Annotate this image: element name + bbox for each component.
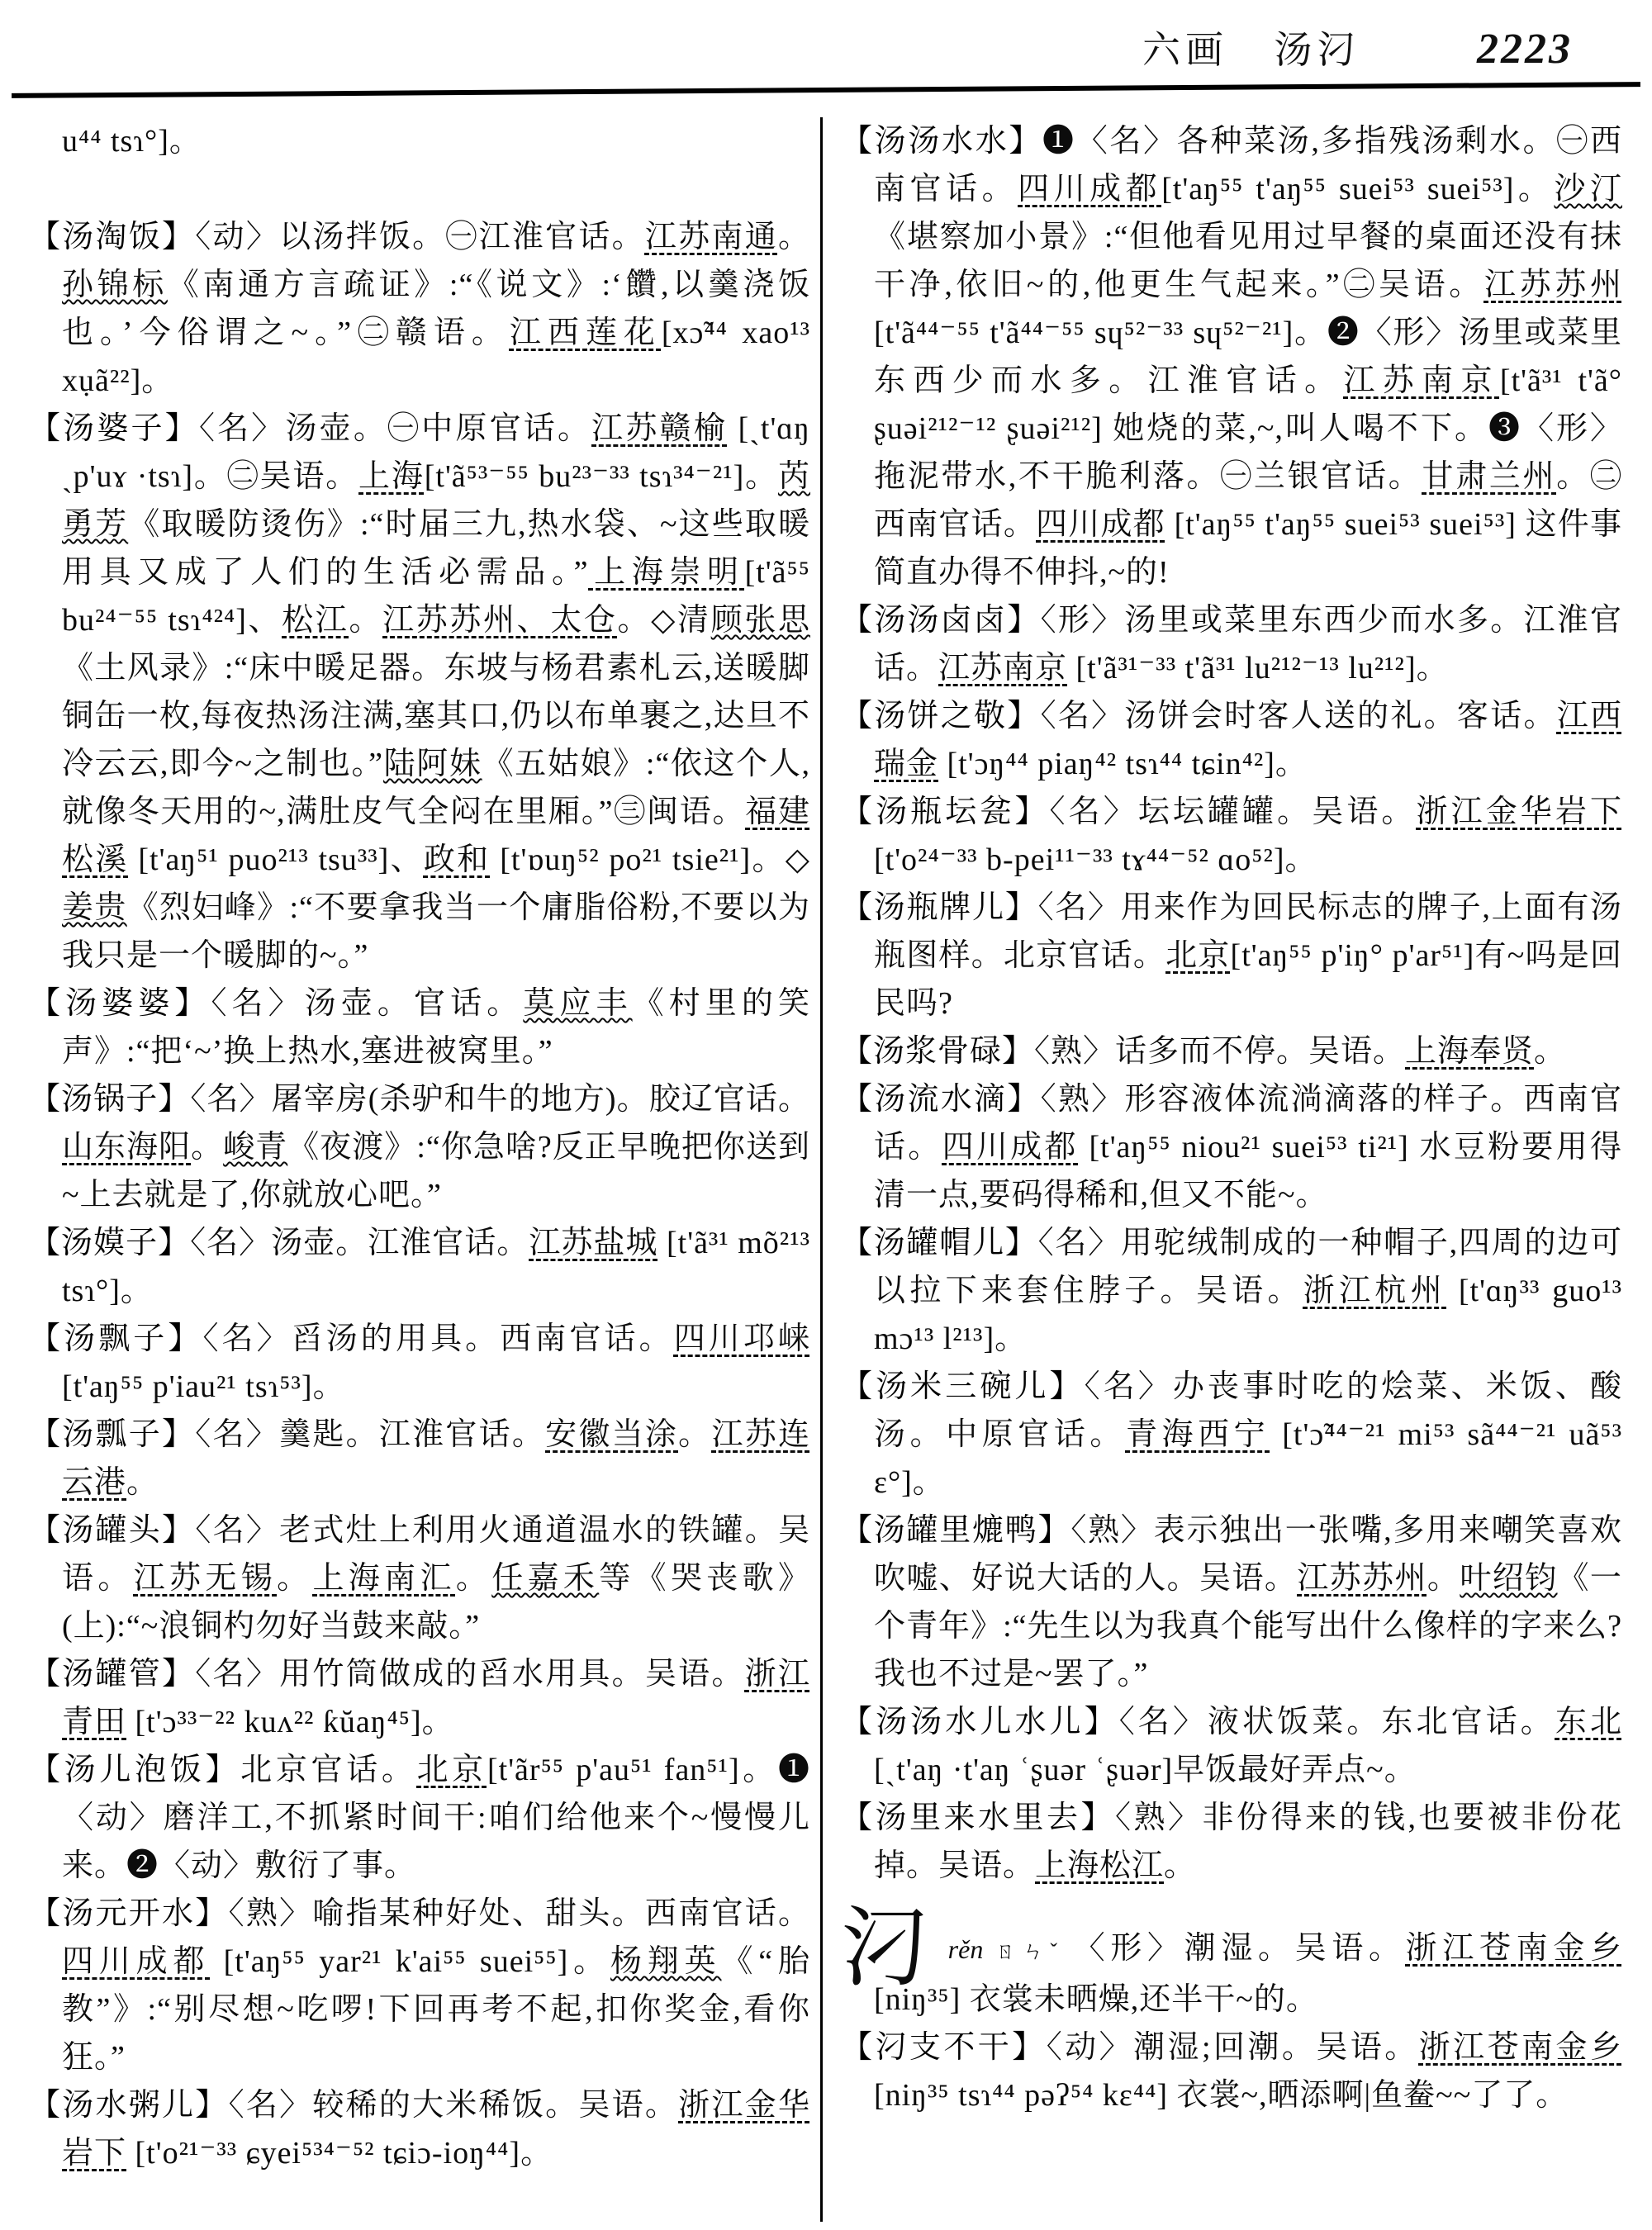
person-name: 孙锦标 [62, 268, 168, 302]
person-name: 莫应丰 [523, 986, 632, 1021]
place-name: 浙江苍南金乡 [1406, 1931, 1622, 1966]
head-character-entry: 汈rěnㄖㄣˇ〈形〉潮湿。吴语。浙江苍南金乡 [niŋ³⁵] 衣裳未晒燥,还半干… [841, 1924, 1622, 2024]
entry-headword: 【汤婆婆】 [29, 986, 211, 1021]
entry-headword: 【汤水粥儿】 [29, 2088, 229, 2123]
place-name: 安徽当涂 [545, 1417, 678, 1452]
dict-entry: 【汤罐里熝鸭】〈熟〉表示独出一张嘴,多用来嘲笑喜欢吹嘘、好说大话的人。吴语。江苏… [841, 1506, 1622, 1698]
column-divider [820, 117, 823, 2222]
place-name: 江苏南京 [938, 651, 1067, 686]
dict-entry: 【汤飘子】〈名〉舀汤的用具。西南官话。四川邛崃 [t'aŋ⁵⁵ p'iau²¹ … [29, 1315, 810, 1411]
dict-entry: 【汤淘饭】〈动〉以汤拌饭。㊀江淮官话。江苏南通。孙锦标《南通方言疏证》:“《说文… [29, 213, 810, 405]
place-name: 上海奉贤 [1405, 1034, 1534, 1069]
place-name: 政和 [424, 842, 491, 877]
dict-entry: 【汤元开水】〈熟〉喻指某种好处、甜头。西南官话。四川成都 [t'aŋ⁵⁵ yar… [29, 1890, 810, 2081]
continuation-fragment: u⁴⁴ tsɿ°]。 [29, 117, 810, 165]
person-name: 叶绍钧 [1460, 1561, 1557, 1596]
place-name: 上海崇明 [588, 555, 744, 590]
entry-headword: 【汤瓶牌儿】 [841, 890, 1038, 925]
entry-headword: 【汤罐里熝鸭】 [841, 1513, 1070, 1548]
dict-entry: 【汤米三碗儿】〈名〉办丧事时吃的烩菜、米饭、酸汤。中原官话。青海西宁 [t'ɔ̃… [841, 1363, 1622, 1506]
entry-headword: 【汤里来水里去】 [841, 1801, 1115, 1835]
text-columns: u⁴⁴ tsɿ°]。【汤淘饭】〈动〉以汤拌饭。㊀江淮官话。江苏南通。孙锦标《南通… [29, 117, 1635, 2222]
person-name: 任嘉禾 [491, 1561, 599, 1596]
entry-headword: 【汤汤水水】 [841, 124, 1042, 159]
dict-entry: 【汤水粥儿】〈名〉较稀的大米稀饭。吴语。浙江金华岩下 [t'o²¹⁻³³ ɕye… [29, 2081, 810, 2177]
place-name: 上海南汇 [312, 1561, 455, 1596]
place-name: 上海松江 [1035, 1848, 1164, 1883]
dict-entry: 【汈支不干】〈动〉潮湿;回潮。吴语。浙江苍南金乡 [niŋ³⁵ tsɿ⁴⁴ pə… [841, 2024, 1622, 2119]
entry-headword: 【汤锅子】 [29, 1082, 190, 1117]
person-name: 峻青 [223, 1130, 287, 1165]
place-name: 东北 [1555, 1705, 1622, 1739]
dict-entry: 【汤瓢子】〈名〉羹匙。江淮官话。安徽当涂。江苏连云港。 [29, 1411, 810, 1506]
place-name: 江苏苏州、太仓 [382, 603, 617, 638]
person-name: 芮勇芳 [62, 459, 810, 542]
dict-entry: 【汤流水滴】〈熟〉形容液体流淌滴落的样子。西南官话。四川成都 [t'aŋ⁵⁵ n… [841, 1075, 1622, 1219]
place-name: 北京 [1165, 938, 1230, 973]
place-name: 江苏盐城 [529, 1226, 657, 1260]
entry-headword: 【汤罐帽儿】 [841, 1226, 1038, 1260]
page-number: 2223 [1477, 26, 1573, 73]
zhuyin: ㄖㄣˇ [990, 1939, 1063, 1963]
entry-headword: 【汤汤卤卤】 [841, 603, 1041, 638]
entry-headword: 【汤饼之敬】 [841, 699, 1041, 733]
place-name: 浙江金华岩下 [1417, 795, 1622, 829]
headword-range: 汤汈 [1275, 29, 1360, 71]
dict-entry: 【汤罐头】〈名〉老式灶上利用火通道温水的铁罐。吴语。江苏无锡。上海南汇。任嘉禾等… [29, 1506, 810, 1650]
place-name: 浙江苍南金乡 [1419, 2030, 1622, 2065]
column-left: u⁴⁴ tsɿ°]。【汤淘饭】〈动〉以汤拌饭。㊀江淮官话。江苏南通。孙锦标《南通… [29, 117, 810, 2222]
entry-headword: 【汤嫫子】 [29, 1226, 190, 1260]
page-header: 六画 汤汈 2223 [1142, 20, 1573, 74]
place-name: 浙江杭州 [1303, 1274, 1446, 1308]
dict-entry: 【汤瓶牌儿】〈名〉用来作为回民标志的牌子,上面有汤瓶图样。北京官话。北京[t'a… [841, 884, 1622, 1027]
dictionary-page: 六画 汤汈 2223 u⁴⁴ tsɿ°]。【汤淘饭】〈动〉以汤拌饭。㊀江淮官话。… [0, 0, 1652, 2230]
dict-entry: 【汤婆子】〈名〉汤壶。㊀中原官话。江苏赣榆 [ˏt'ɑŋ ˏp'uɤ ·tsɿ]… [29, 405, 810, 980]
place-name: 江苏苏州 [1484, 268, 1622, 302]
place-name: 四川成都 [62, 1944, 210, 1979]
header-rule [12, 82, 1640, 98]
dict-entry: 【汤饼之敬】〈名〉汤饼会时客人送的礼。客话。江西瑞金 [t'ɔŋ⁴⁴ piaŋ⁴… [841, 692, 1622, 788]
place-name: 四川成都 [942, 1130, 1079, 1165]
person-name: 陆阿妹 [383, 747, 482, 781]
entry-headword: 【汤米三碗儿】 [841, 1369, 1085, 1404]
entry-headword: 【汤瓶坛瓫】 [841, 795, 1050, 829]
dict-entry: 【汤罐帽儿】〈名〉用驼绒制成的一种帽子,四周的边可以拉下来套住脖子。吴语。浙江杭… [841, 1219, 1622, 1363]
person-name: 姜贵 [62, 890, 127, 925]
head-character: 汈 [841, 1900, 933, 1997]
place-name: 上海 [358, 459, 425, 494]
entry-headword: 【汤流水滴】 [841, 1082, 1041, 1117]
place-name: 松江 [282, 603, 349, 638]
place-name: 甘肃兰州 [1422, 459, 1556, 494]
place-name: 四川成都 [1018, 172, 1161, 206]
dict-entry: 【汤儿泡饭】北京官话。北京[t'ãr⁵⁵ p'au⁵¹ fan⁵¹]。❶〈动〉磨… [29, 1746, 810, 1890]
place-name: 江苏南京 [1343, 363, 1499, 398]
place-name: 江苏苏州 [1297, 1561, 1427, 1596]
entry-headword: 【汤飘子】 [29, 1321, 202, 1356]
entry-headword: 【汤浆骨碌】 [841, 1034, 1034, 1069]
entry-headword: 【汈支不干】 [841, 2030, 1047, 2065]
dict-entry: 【汤浆骨碌】〈熟〉话多而不停。吴语。上海奉贤。 [841, 1027, 1622, 1075]
dict-entry: 【汤罐管】〈名〉用竹筒做成的舀水用具。吴语。浙江青田 [t'ɔ³³⁻²² kuʌ… [29, 1650, 810, 1746]
place-name: 四川邛崃 [674, 1321, 810, 1356]
entry-headword: 【汤罐管】 [29, 1657, 195, 1691]
entry-headword: 【汤婆子】 [29, 411, 199, 446]
entry-headword: 【汤元开水】 [29, 1896, 229, 1931]
place-name: 北京 [417, 1753, 487, 1787]
entry-headword: 【汤罐头】 [29, 1513, 195, 1548]
place-name: 四川成都 [1036, 507, 1165, 542]
person-name: 杨翔英 [610, 1944, 722, 1979]
dict-entry: 【汤汤水水】❶〈名〉各种菜汤,多指残汤剩水。㊀西南官话。四川成都[t'aŋ⁵⁵ … [841, 117, 1622, 596]
place-name: 江苏无锡 [134, 1561, 277, 1596]
place-name: 江苏赣榆 [591, 411, 728, 446]
stroke-count-section: 六画 [1142, 29, 1228, 71]
place-name: 江西莲花 [510, 316, 662, 350]
person-name: 沙汀 [1554, 172, 1622, 206]
dict-entry: 【汤里来水里去】〈熟〉非份得来的钱,也要被非份花掉。吴语。上海松江。 [841, 1794, 1622, 1890]
entry-headword: 【汤瓢子】 [29, 1417, 195, 1452]
dict-entry: 【汤汤卤卤】〈形〉汤里或菜里东西少而水多。江淮官话。江苏南京 [t'ã³¹⁻³³… [841, 596, 1622, 692]
person-name: 顾张思 [711, 603, 810, 638]
place-name: 江苏南通 [645, 220, 778, 254]
place-name: 山东海阳 [62, 1130, 191, 1165]
pinyin: rěn [948, 1934, 984, 1964]
place-name: 青海西宁 [1126, 1417, 1270, 1452]
dict-entry: 【汤瓶坛瓫】〈名〉坛坛罐罐。吴语。浙江金华岩下 [t'o²⁴⁻³³ b-pei¹… [841, 788, 1622, 884]
column-right: 【汤汤水水】❶〈名〉各种菜汤,多指残汤剩水。㊀西南官话。四川成都[t'aŋ⁵⁵ … [841, 117, 1622, 2222]
entry-headword: 【汤儿泡饭】 [29, 1753, 240, 1787]
dict-entry: 【汤锅子】〈名〉屠宰房(杀驴和牛的地方)。胶辽官话。山东海阳。峻青《夜渡》:“你… [29, 1075, 810, 1219]
dict-entry: 【汤汤水儿水儿】〈名〉液状饭菜。东北官话。东北 [ˏt'aŋ ·t'aŋ ʿʂu… [841, 1698, 1622, 1794]
dict-entry: 【汤婆婆】〈名〉汤壶。官话。莫应丰《村里的笑声》:“把‘~’换上热水,塞进被窝里… [29, 980, 810, 1075]
entry-headword: 【汤汤水儿水儿】 [841, 1705, 1119, 1739]
dict-entry: 【汤嫫子】〈名〉汤壶。江淮官话。江苏盐城 [t'ã³¹ mõ²¹³ tsɿ°]。 [29, 1219, 810, 1315]
entry-headword: 【汤淘饭】 [29, 220, 195, 254]
